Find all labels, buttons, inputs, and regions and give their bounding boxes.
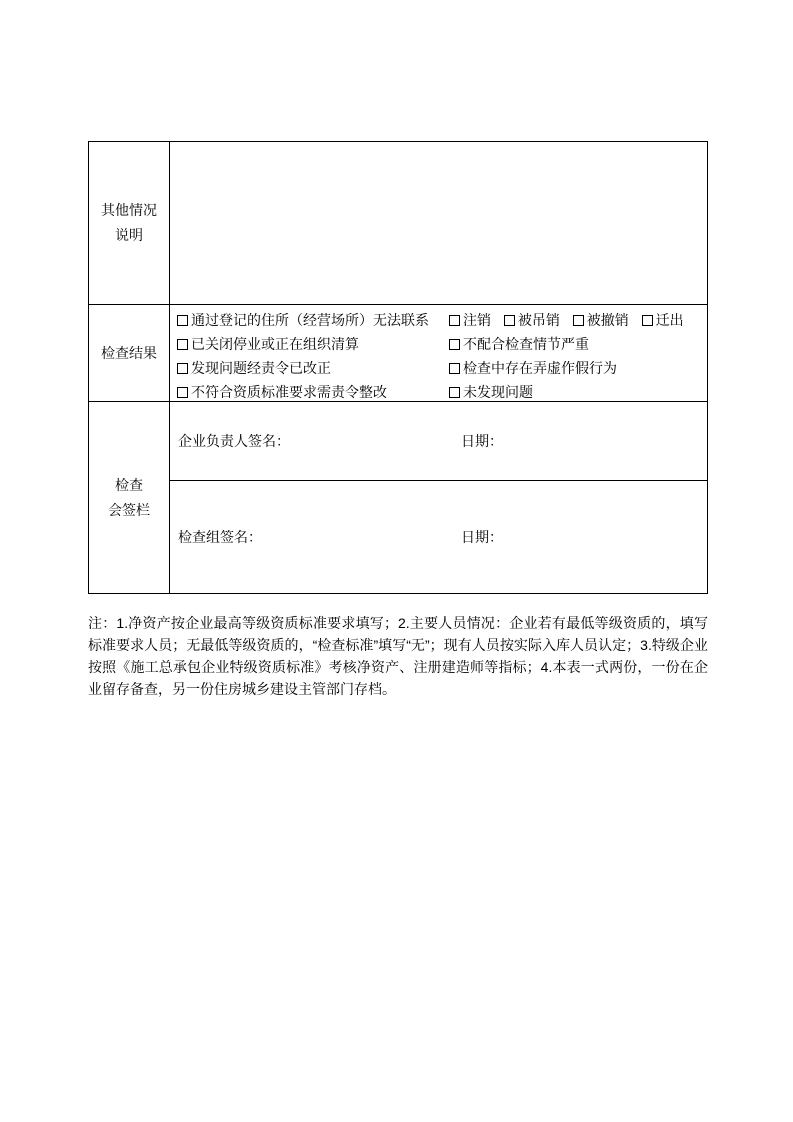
company-date-label: 日期： <box>461 431 503 451</box>
row-label-other-info: 其他情况 说明 <box>89 142 170 304</box>
checkbox-icon[interactable] <box>642 315 653 326</box>
checkbox-label: 迁出 <box>656 312 684 328</box>
result-options-area: 通过登记的住所（经营场所）无法联系 已关闭停业或正在组织清算 发现问题经责令已改… <box>170 305 707 401</box>
inspector-signature-label: 检查组签名： <box>178 527 461 547</box>
checkbox-icon[interactable] <box>449 339 460 350</box>
checkbox-icon[interactable] <box>573 315 584 326</box>
row-label-signature: 检查 会签栏 <box>89 402 170 593</box>
checkbox-label: 未发现问题 <box>463 384 533 400</box>
company-signature-fill-area[interactable]: 企业负责人签名： 日期： <box>170 402 707 481</box>
inspection-form-table: 其他情况 说明 检查结果 通过登记的住所（经营场所）无法联系 已关闭停业或正在组… <box>88 141 708 594</box>
checkbox-option[interactable]: 注销 <box>449 312 491 328</box>
result-option-line: 发现问题经责令已改正 <box>177 356 449 380</box>
checkbox-icon[interactable] <box>177 339 188 350</box>
checkbox-label: 不配合检查情节严重 <box>463 336 589 352</box>
checkbox-label: 注销 <box>463 312 491 328</box>
checkbox-option[interactable]: 未发现问题 <box>449 384 533 400</box>
notes-paragraph: 注：1.净资产按企业最高等级资质标准要求填写；2.主要人员情况：企业若有最低等级… <box>88 612 708 700</box>
row-label-other-info-line2: 说明 <box>115 223 143 248</box>
checkbox-option[interactable]: 被撤销 <box>573 312 629 328</box>
row-label-signature-line2: 会签栏 <box>108 498 150 523</box>
checkbox-icon[interactable] <box>504 315 515 326</box>
checkbox-label: 被撤销 <box>587 312 629 328</box>
checkbox-icon[interactable] <box>177 315 188 326</box>
checkbox-label: 被吊销 <box>518 312 560 328</box>
company-signature-label: 企业负责人签名： <box>178 431 461 451</box>
result-option-line: 不配合检查情节严重 <box>449 332 707 356</box>
result-option-line: 不符合资质标准要求需责令整改 <box>177 380 449 404</box>
checkbox-icon[interactable] <box>449 387 460 398</box>
other-info-row: 其他情况 说明 <box>89 142 707 305</box>
row-label-result-text: 检查结果 <box>101 341 157 366</box>
checkbox-option[interactable]: 通过登记的住所（经营场所）无法联系 <box>177 312 429 328</box>
checkbox-label: 不符合资质标准要求需责令整改 <box>191 384 387 400</box>
checkbox-label: 检查中存在弄虚作假行为 <box>463 360 617 376</box>
result-option-line: 注销 被吊销 被撤销 迁出 <box>449 308 707 332</box>
checkbox-option[interactable]: 发现问题经责令已改正 <box>177 360 331 376</box>
result-option-line: 未发现问题 <box>449 380 707 404</box>
checkbox-label: 已关闭停业或正在组织清算 <box>191 336 359 352</box>
inspector-date-label: 日期： <box>461 527 503 547</box>
checkbox-option[interactable]: 不配合检查情节严重 <box>449 336 589 352</box>
row-label-signature-line1: 检查 <box>115 473 143 498</box>
checkbox-option[interactable]: 不符合资质标准要求需责令整改 <box>177 384 387 400</box>
result-options-left-column: 通过登记的住所（经营场所）无法联系 已关闭停业或正在组织清算 发现问题经责令已改… <box>177 308 449 401</box>
checkbox-label: 通过登记的住所（经营场所）无法联系 <box>191 312 429 328</box>
checkbox-option[interactable]: 被吊销 <box>504 312 560 328</box>
result-option-line: 检查中存在弄虚作假行为 <box>449 356 707 380</box>
signature-area: 企业负责人签名： 日期： 检查组签名： 日期： <box>170 402 707 593</box>
result-option-line: 通过登记的住所（经营场所）无法联系 <box>177 308 449 332</box>
result-options-right-column: 注销 被吊销 被撤销 迁出 不配合检查情节严重 检查中存在弄虚作假行为 未发现问… <box>449 308 707 401</box>
inspector-signature-fill-area[interactable]: 检查组签名： 日期： <box>170 481 707 593</box>
signature-row: 检查 会签栏 企业负责人签名： 日期： 检查组签名： 日期： <box>89 402 707 593</box>
checkbox-option[interactable]: 迁出 <box>642 312 684 328</box>
row-label-other-info-line1: 其他情况 <box>101 198 157 223</box>
document-page: 其他情况 说明 检查结果 通过登记的住所（经营场所）无法联系 已关闭停业或正在组… <box>0 0 793 1122</box>
checkbox-icon[interactable] <box>449 315 460 326</box>
checkbox-icon[interactable] <box>177 363 188 374</box>
checkbox-label: 发现问题经责令已改正 <box>191 360 331 376</box>
other-info-fill-area[interactable] <box>170 142 707 304</box>
checkbox-icon[interactable] <box>449 363 460 374</box>
checkbox-icon[interactable] <box>177 387 188 398</box>
result-option-line: 已关闭停业或正在组织清算 <box>177 332 449 356</box>
checkbox-option[interactable]: 已关闭停业或正在组织清算 <box>177 336 359 352</box>
row-label-result: 检查结果 <box>89 305 170 401</box>
checkbox-option[interactable]: 检查中存在弄虚作假行为 <box>449 360 617 376</box>
result-row: 检查结果 通过登记的住所（经营场所）无法联系 已关闭停业或正在组织清算 发现问题… <box>89 305 707 402</box>
